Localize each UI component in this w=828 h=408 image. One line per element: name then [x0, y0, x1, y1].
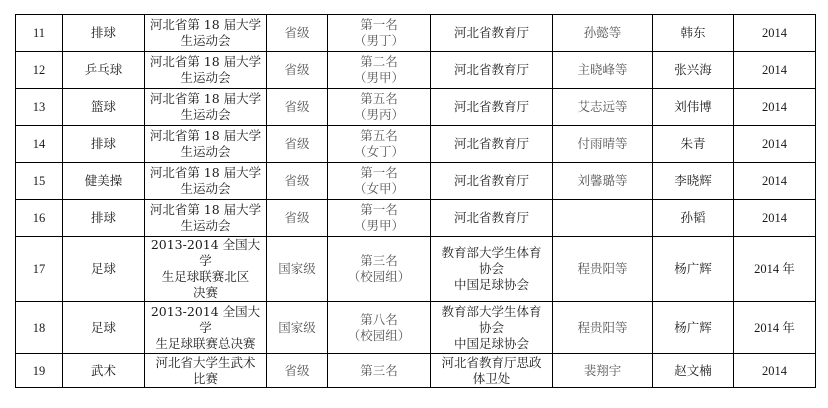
cell-event: 2013-2014 全国大学生足球联赛北区决赛: [145, 237, 267, 302]
cell-year: 2014: [734, 126, 816, 163]
cell-year: 2014: [734, 200, 816, 237]
cell-event: 河北省第 18 届大学生运动会: [145, 163, 267, 200]
cell-event-line: 比赛: [147, 371, 264, 387]
table-row: 17足球2013-2014 全国大学生足球联赛北区决赛国家级第三名（校园组）教育…: [16, 237, 816, 302]
cell-event-line: 河北省第 18 届大学: [147, 17, 264, 33]
cell-event-line: 生运动会: [147, 181, 264, 197]
cell-issuer-line: 河北省教育厅: [433, 99, 550, 115]
cell-students: 刘馨璐等: [553, 163, 653, 200]
cell-rank: 第三名（校园组）: [328, 237, 431, 302]
table-row: 12乒乓球河北省第 18 届大学生运动会省级第二名（男甲）河北省教育厅主晓峰等张…: [16, 52, 816, 89]
cell-event: 河北省第 18 届大学生运动会: [145, 89, 267, 126]
cell-sport: 排球: [63, 15, 145, 52]
cell-year: 2014: [734, 354, 816, 388]
cell-issuer-line: 协会: [433, 320, 550, 336]
cell-coach: 张兴海: [653, 52, 734, 89]
cell-rank-line: （女甲）: [330, 181, 428, 197]
cell-coach: 赵文楠: [653, 354, 734, 388]
cell-level: 省级: [267, 52, 328, 89]
cell-rank: 第一名（男丁）: [328, 15, 431, 52]
cell-sport: 足球: [63, 302, 145, 354]
cell-rank: 第一名（男甲）: [328, 200, 431, 237]
cell-students: 程贵阳等: [553, 302, 653, 354]
table-row: 13篮球河北省第 18 届大学生运动会省级第五名（男丙）河北省教育厅艾志远等刘伟…: [16, 89, 816, 126]
cell-issuer: 河北省教育厅: [431, 52, 553, 89]
cell-issuer: 教育部大学生体育协会中国足球协会: [431, 302, 553, 354]
cell-issuer: 教育部大学生体育协会中国足球协会: [431, 237, 553, 302]
cell-issuer-line: 河北省教育厅: [433, 62, 550, 78]
cell-issuer-line: 河北省教育厅: [433, 210, 550, 226]
cell-students: 主晓峰等: [553, 52, 653, 89]
cell-rank-line: 第八名: [330, 312, 428, 328]
table-row: 11排球河北省第 18 届大学生运动会省级第一名（男丁）河北省教育厅孙懿等韩东2…: [16, 15, 816, 52]
cell-issuer: 河北省教育厅: [431, 15, 553, 52]
cell-coach: 刘伟博: [653, 89, 734, 126]
cell-rank: 第五名（男丙）: [328, 89, 431, 126]
table-row: 19武术河北省大学生武术比赛省级第三名河北省教育厅思政体卫处裴翔宇赵文楠2014: [16, 354, 816, 388]
cell-year: 2014 年: [734, 302, 816, 354]
cell-number: 11: [16, 15, 63, 52]
cell-event-line: 2013-2014 全国大学: [147, 237, 264, 269]
cell-event: 河北省第 18 届大学生运动会: [145, 15, 267, 52]
cell-rank-line: 第二名: [330, 54, 428, 70]
cell-issuer-line: 教育部大学生体育: [433, 245, 550, 261]
cell-level: 国家级: [267, 237, 328, 302]
cell-rank-line: （男甲）: [330, 70, 428, 86]
cell-coach: 杨广辉: [653, 237, 734, 302]
cell-issuer: 河北省教育厅: [431, 200, 553, 237]
cell-event-line: 河北省第 18 届大学: [147, 202, 264, 218]
cell-event-line: 生运动会: [147, 144, 264, 160]
cell-event-line: 生运动会: [147, 107, 264, 123]
table-row: 15健美操河北省第 18 届大学生运动会省级第一名（女甲）河北省教育厅刘馨璐等李…: [16, 163, 816, 200]
cell-issuer-line: 河北省教育厅: [433, 25, 550, 41]
awards-table: 11排球河北省第 18 届大学生运动会省级第一名（男丁）河北省教育厅孙懿等韩东2…: [15, 14, 816, 388]
cell-issuer: 河北省教育厅: [431, 163, 553, 200]
cell-rank-line: （男甲）: [330, 218, 428, 234]
cell-level: 省级: [267, 354, 328, 388]
cell-sport: 乒乓球: [63, 52, 145, 89]
cell-coach: 韩东: [653, 15, 734, 52]
cell-rank: 第五名（女丁）: [328, 126, 431, 163]
cell-students: 孙懿等: [553, 15, 653, 52]
cell-rank-line: （女丁）: [330, 144, 428, 160]
cell-rank-line: 第三名: [330, 363, 428, 379]
table-row: 14排球河北省第 18 届大学生运动会省级第五名（女丁）河北省教育厅付雨晴等朱青…: [16, 126, 816, 163]
cell-year: 2014: [734, 15, 816, 52]
cell-rank-line: 第一名: [330, 202, 428, 218]
cell-sport: 篮球: [63, 89, 145, 126]
cell-level: 省级: [267, 89, 328, 126]
cell-year: 2014: [734, 52, 816, 89]
cell-issuer-line: 中国足球协会: [433, 336, 550, 352]
cell-event: 河北省第 18 届大学生运动会: [145, 126, 267, 163]
cell-sport: 排球: [63, 200, 145, 237]
cell-students: 程贵阳等: [553, 237, 653, 302]
cell-event-line: 河北省第 18 届大学: [147, 165, 264, 181]
cell-coach: 朱青: [653, 126, 734, 163]
cell-event-line: 2013-2014 全国大学: [147, 304, 264, 336]
cell-level: 省级: [267, 15, 328, 52]
cell-rank-line: 第一名: [330, 165, 428, 181]
cell-rank-line: 第三名: [330, 253, 428, 269]
cell-coach: 杨广辉: [653, 302, 734, 354]
table-row: 18足球2013-2014 全国大学生足球联赛总决赛国家级第八名（校园组）教育部…: [16, 302, 816, 354]
cell-number: 17: [16, 237, 63, 302]
cell-year: 2014: [734, 163, 816, 200]
cell-number: 13: [16, 89, 63, 126]
cell-number: 12: [16, 52, 63, 89]
cell-students: 裴翔宇: [553, 354, 653, 388]
cell-event-line: 河北省第 18 届大学: [147, 54, 264, 70]
cell-rank: 第八名（校园组）: [328, 302, 431, 354]
cell-coach: 孙韬: [653, 200, 734, 237]
cell-rank-line: （男丁）: [330, 33, 428, 49]
cell-sport: 健美操: [63, 163, 145, 200]
cell-event: 2013-2014 全国大学生足球联赛总决赛: [145, 302, 267, 354]
cell-rank-line: （校园组）: [330, 328, 428, 344]
cell-number: 18: [16, 302, 63, 354]
cell-students: 艾志远等: [553, 89, 653, 126]
cell-number: 15: [16, 163, 63, 200]
cell-event-line: 河北省第 18 届大学: [147, 91, 264, 107]
cell-rank-line: 第五名: [330, 91, 428, 107]
cell-event: 河北省第 18 届大学生运动会: [145, 52, 267, 89]
cell-level: 省级: [267, 163, 328, 200]
cell-rank: 第三名: [328, 354, 431, 388]
cell-level: 省级: [267, 126, 328, 163]
cell-sport: 武术: [63, 354, 145, 388]
cell-issuer: 河北省教育厅思政体卫处: [431, 354, 553, 388]
cell-rank-line: （校园组）: [330, 269, 428, 285]
cell-number: 14: [16, 126, 63, 163]
cell-issuer-line: 河北省教育厅思政: [433, 355, 550, 371]
cell-level: 国家级: [267, 302, 328, 354]
cell-students: 付雨晴等: [553, 126, 653, 163]
cell-rank-line: （男丙）: [330, 107, 428, 123]
cell-event-line: 河北省大学生武术: [147, 355, 264, 371]
cell-number: 16: [16, 200, 63, 237]
cell-rank-line: 第一名: [330, 17, 428, 33]
cell-year: 2014 年: [734, 237, 816, 302]
table-body: 11排球河北省第 18 届大学生运动会省级第一名（男丁）河北省教育厅孙懿等韩东2…: [16, 15, 816, 388]
cell-event: 河北省大学生武术比赛: [145, 354, 267, 388]
cell-event-line: 生足球联赛北区: [147, 269, 264, 285]
cell-issuer: 河北省教育厅: [431, 89, 553, 126]
cell-issuer-line: 教育部大学生体育: [433, 304, 550, 320]
cell-event-line: 河北省第 18 届大学: [147, 128, 264, 144]
cell-level: 省级: [267, 200, 328, 237]
cell-issuer-line: 协会: [433, 261, 550, 277]
cell-coach: 李晓辉: [653, 163, 734, 200]
cell-issuer-line: 中国足球协会: [433, 277, 550, 293]
cell-rank: 第二名（男甲）: [328, 52, 431, 89]
cell-event: 河北省第 18 届大学生运动会: [145, 200, 267, 237]
cell-rank-line: 第五名: [330, 128, 428, 144]
cell-event-line: 生运动会: [147, 218, 264, 234]
table-row: 16排球河北省第 18 届大学生运动会省级第一名（男甲）河北省教育厅孙韬2014: [16, 200, 816, 237]
cell-event-line: 生运动会: [147, 70, 264, 86]
cell-rank: 第一名（女甲）: [328, 163, 431, 200]
cell-year: 2014: [734, 89, 816, 126]
cell-issuer: 河北省教育厅: [431, 126, 553, 163]
cell-sport: 足球: [63, 237, 145, 302]
cell-event-line: 生足球联赛总决赛: [147, 336, 264, 352]
cell-event-line: 决赛: [147, 285, 264, 301]
cell-issuer-line: 河北省教育厅: [433, 173, 550, 189]
cell-number: 19: [16, 354, 63, 388]
cell-issuer-line: 河北省教育厅: [433, 136, 550, 152]
cell-sport: 排球: [63, 126, 145, 163]
cell-event-line: 生运动会: [147, 33, 264, 49]
cell-students: [553, 200, 653, 237]
cell-issuer-line: 体卫处: [433, 371, 550, 387]
